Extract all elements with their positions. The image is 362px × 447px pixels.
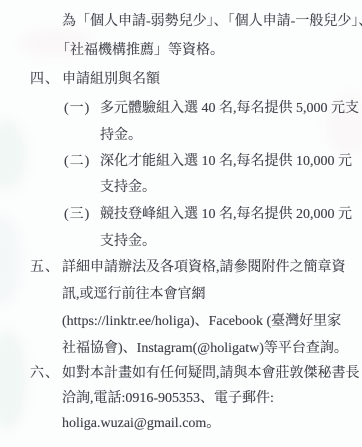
item-6-line-1: 六、 如對本計畫如有任何疑問,請與本會莊敦傑秘書長 bbox=[0, 364, 362, 384]
qualification-paragraph-line-1: 為「個人申請-弱勢兒少」、「個人申請-一般兒少」、 bbox=[0, 12, 362, 32]
item-4-sub-1-line-2: 持金。 bbox=[0, 126, 362, 146]
item-5-number-marker: 五、 bbox=[30, 258, 60, 278]
item-4-sub-1-line-1: (一) 多元體驗組入選 40 名,每名提供 5,000 元支 bbox=[0, 99, 362, 119]
item-6-line-2-phone: 洽詢,電話:0916-905353、電子郵件: bbox=[0, 389, 362, 409]
social-platforms-text: 社福協會)、Instagram(@holigatw)等平台查詢。 bbox=[62, 339, 348, 359]
sub-item-2-continuation: 支持金。 bbox=[100, 178, 156, 198]
qualification-paragraph-line-2: 「社福機構推薦」等資格。 bbox=[0, 41, 362, 61]
paragraph-text: 為「個人申請-弱勢兒少」、「個人申請-一般兒少」、 bbox=[62, 12, 362, 32]
sub-item-2-marker: (二) bbox=[64, 152, 90, 172]
sub-item-1-marker: (一) bbox=[64, 99, 90, 119]
sub-item-1-continuation: 持金。 bbox=[100, 126, 142, 146]
paragraph-text: 「社福機構推薦」等資格。 bbox=[56, 41, 224, 61]
sub-item-3-marker: (三) bbox=[64, 205, 90, 225]
sub-item-2-text: 深化才能組入選 10 名,每名提供 10,000 元 bbox=[100, 152, 352, 172]
item-4-sub-2-line-1: (二) 深化才能組入選 10 名,每名提供 10,000 元 bbox=[0, 152, 362, 172]
item-6-line-3-email: holiga.wuzai@gmail.com。 bbox=[0, 414, 362, 434]
item-4-number-marker: 四、 bbox=[30, 70, 60, 90]
item-5-continuation: 訊,或逕行前往本會官網 bbox=[62, 285, 206, 305]
item-5-line-2: 訊,或逕行前往本會官網 bbox=[0, 285, 362, 305]
item-4-sub-3-line-1: (三) 競技登峰組入選 10 名,每名提供 20,000 元 bbox=[0, 205, 362, 225]
item-4-sub-3-line-2: 支持金。 bbox=[0, 232, 362, 252]
item-6-text: 如對本計畫如有任何疑問,請與本會莊敦傑秘書長 bbox=[62, 364, 360, 384]
item-4-heading-text: 申請組別與名額 bbox=[62, 70, 160, 90]
phone-text: 洽詢,電話:0916-905353、電子郵件: bbox=[62, 389, 274, 409]
scanned-document: 為「個人申請-弱勢兒少」、「個人申請-一般兒少」、 「社福機構推薦」等資格。 四… bbox=[0, 0, 362, 447]
item-4-sub-2-line-2: 支持金。 bbox=[0, 178, 362, 198]
item-5-line-1: 五、 詳細申請辦法及各項資格,請參閱附件之簡章資 bbox=[0, 258, 362, 278]
website-url-text: (https://linktr.ee/holiga)、Facebook (臺灣好… bbox=[62, 312, 341, 332]
sub-item-1-text: 多元體驗組入選 40 名,每名提供 5,000 元支 bbox=[100, 99, 359, 119]
item-5-line-4-social-platforms: 社福協會)、Instagram(@holigatw)等平台查詢。 bbox=[0, 339, 362, 359]
item-6-number-marker: 六、 bbox=[30, 364, 60, 384]
item-4-heading: 四、 申請組別與名額 bbox=[0, 70, 362, 90]
item-5-line-3-website-url: (https://linktr.ee/holiga)、Facebook (臺灣好… bbox=[0, 312, 362, 332]
email-text: holiga.wuzai@gmail.com。 bbox=[62, 414, 220, 434]
sub-item-3-continuation: 支持金。 bbox=[100, 232, 156, 252]
sub-item-3-text: 競技登峰組入選 10 名,每名提供 20,000 元 bbox=[100, 205, 352, 225]
item-5-text: 詳細申請辦法及各項資格,請參閱附件之簡章資 bbox=[62, 258, 346, 278]
